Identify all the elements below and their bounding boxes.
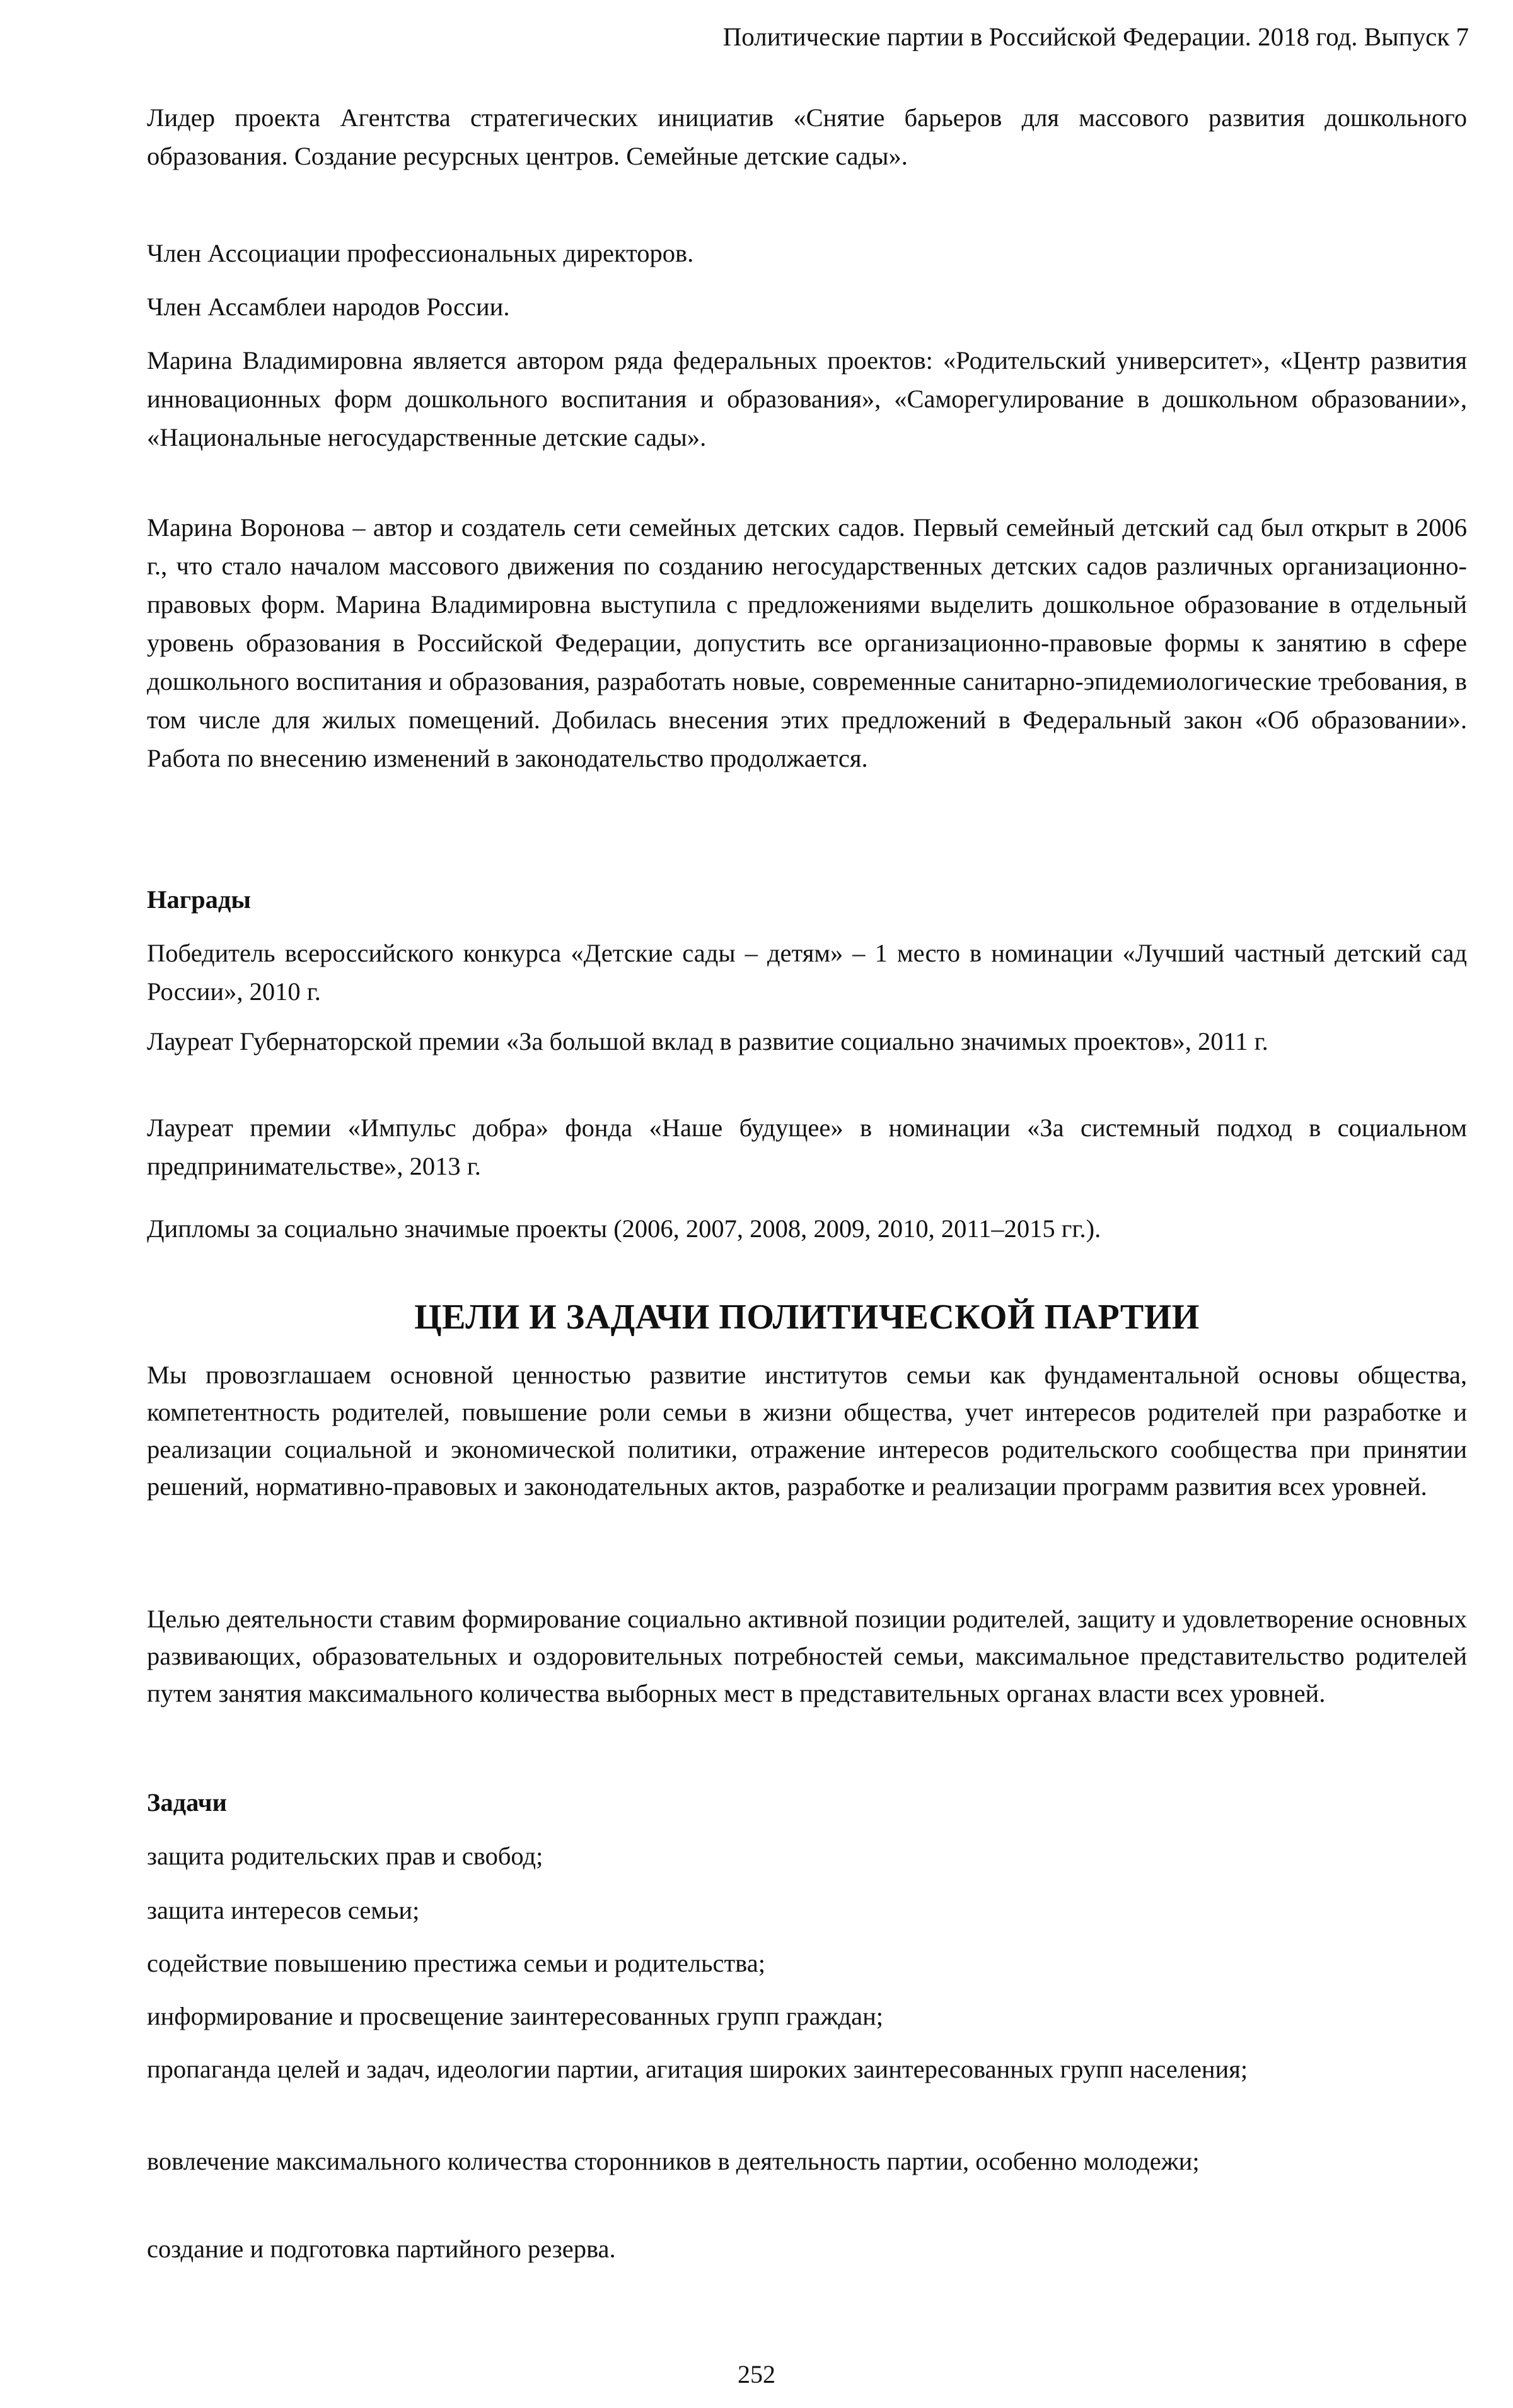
section-heading-goals: ЦЕЛИ И ЗАДАЧИ ПОЛИТИЧЕСКОЙ ПАРТИИ [147, 1295, 1467, 1339]
task-item: вовлечение максимального количества стор… [147, 2142, 1467, 2180]
running-header: Политические партии в Российской Федерац… [723, 18, 1469, 55]
task-item: создание и подготовка партийного резерва… [147, 2230, 1467, 2268]
award-item: Дипломы за социально значимые проекты (2… [147, 1209, 1467, 1248]
task-item: информирование и просвещение заинтересов… [147, 1997, 1467, 2035]
task-item: защита родительских прав и свобод; [147, 1837, 1467, 1875]
goals-paragraph-values: Мы провозглашаем основной ценностью разв… [147, 1356, 1467, 1505]
award-item: Лауреат премии «Импульс добра» фонда «На… [147, 1108, 1467, 1185]
bio-paragraph-project-leader: Лидер проекта Агентства стратегических и… [147, 98, 1467, 175]
awards-heading: Награды [147, 880, 1467, 919]
task-item: содействие повышению престижа семьи и ро… [147, 1944, 1467, 1982]
task-item: защита интересов семьи; [147, 1891, 1467, 1929]
goals-paragraph-aim: Целью деятельности ставим формирование с… [147, 1600, 1467, 1712]
page-number: 252 [0, 2356, 1513, 2393]
bio-paragraph-association-member: Член Ассоциации профессиональных директо… [147, 234, 1467, 272]
tasks-heading: Задачи [147, 1783, 1467, 1822]
task-item: пропаганда целей и задач, идеологии парт… [147, 2050, 1467, 2088]
award-item: Лауреат Губернаторской премии «За большо… [147, 1022, 1467, 1061]
bio-paragraph-federal-projects: Марина Владимировна является автором ряд… [147, 341, 1467, 457]
bio-paragraph-family-kindergartens: Марина Воронова – автор и создатель сети… [147, 508, 1467, 777]
bio-paragraph-assembly-member: Член Ассамблеи народов России. [147, 288, 1467, 326]
award-item: Победитель всероссийского конкурса «Детс… [147, 934, 1467, 1011]
